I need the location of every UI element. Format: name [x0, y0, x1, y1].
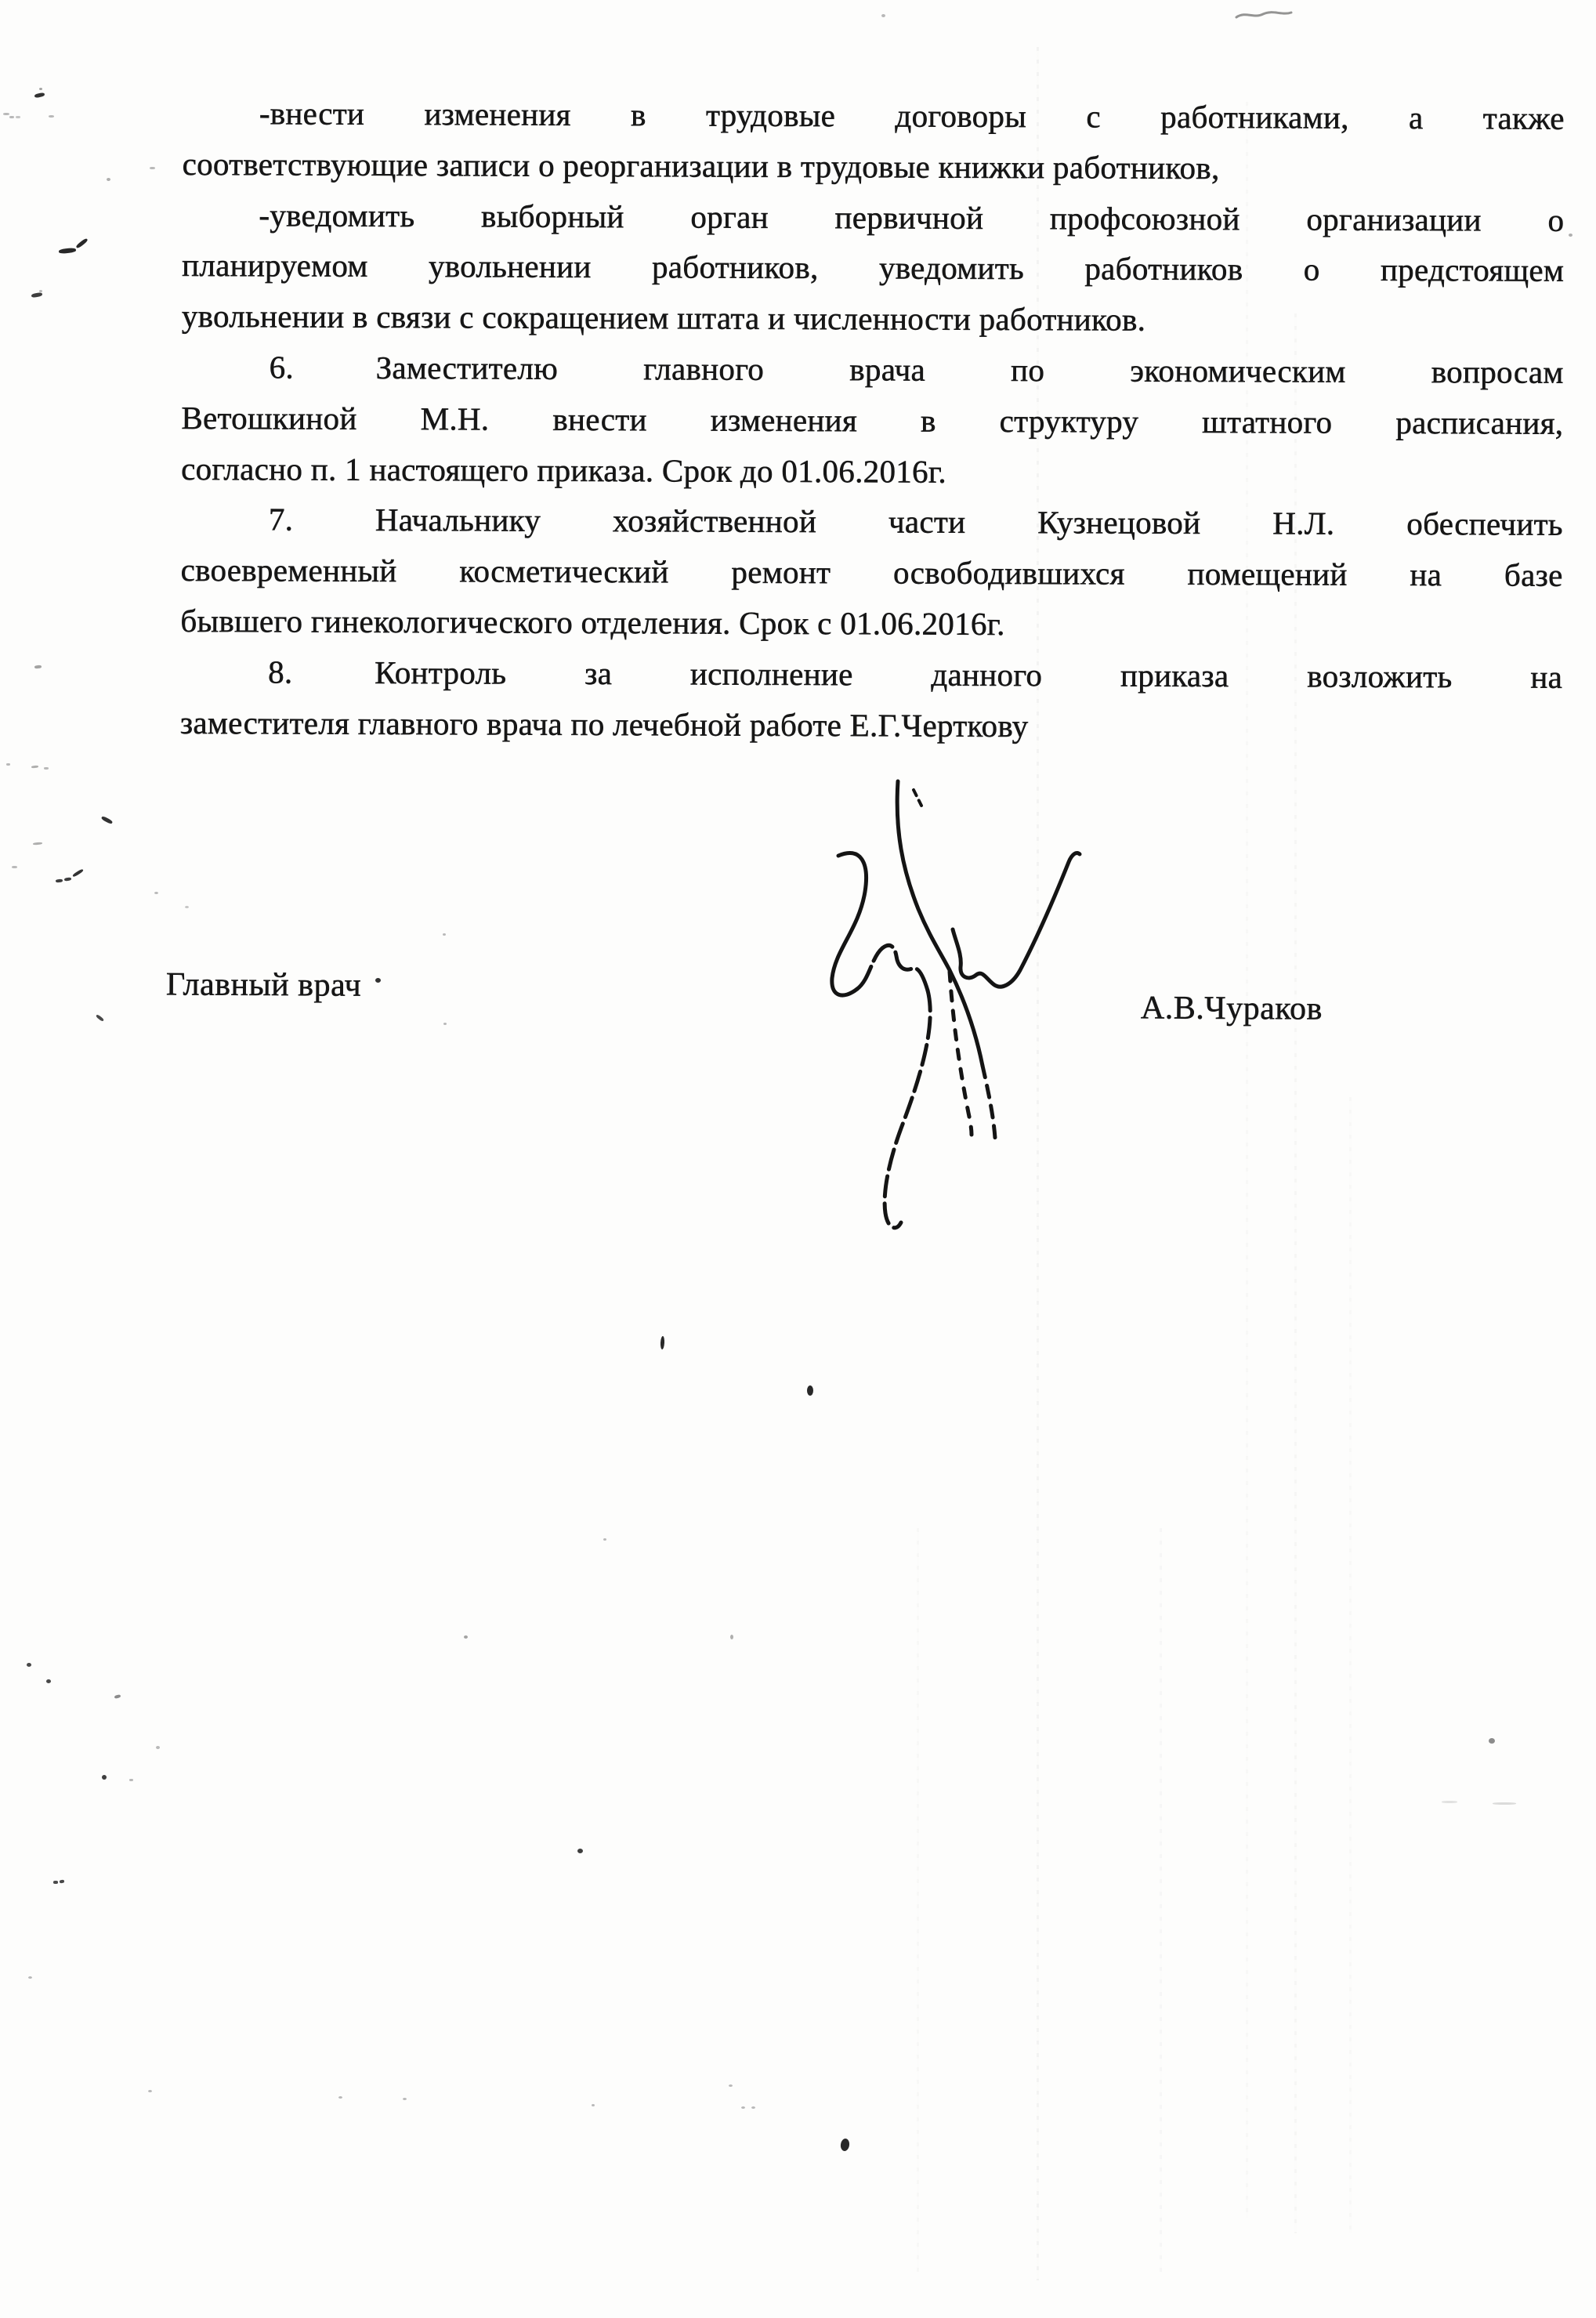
scan-speck	[1493, 1802, 1516, 1805]
scan-speck	[751, 2106, 755, 2109]
scan-speck	[129, 1779, 133, 1781]
text-line: увольнении в связи с сокращением штата и…	[182, 291, 1564, 347]
scan-speck	[403, 2098, 407, 2100]
scanned-document-page: -внести изменения в трудовые договоры с …	[0, 0, 1596, 2318]
text-line: 8.Контроль за исполнение данного приказа…	[180, 647, 1562, 703]
scan-speck	[443, 933, 446, 936]
signatory-name: А.В.Чураков	[1141, 989, 1323, 1027]
scan-speck	[150, 167, 155, 169]
scan-speck	[64, 877, 71, 881]
scan-speck	[807, 1385, 813, 1396]
scan-speck	[464, 1635, 468, 1639]
item-number: 7.	[269, 494, 375, 545]
scan-speck	[28, 1976, 32, 1979]
text-line: согласно п. 1 настоящего приказа. Срок д…	[181, 444, 1563, 500]
text-line: соответствующие записи о реорганизации в…	[183, 139, 1565, 195]
text-line: своевременный косметический ремонт освоб…	[181, 545, 1563, 601]
scan-speck	[34, 92, 45, 99]
text-line: планируемом увольнении работников, уведо…	[182, 240, 1564, 296]
text-line: -уведомить выборный орган первичной проф…	[182, 190, 1564, 246]
scan-speck	[49, 115, 54, 118]
scan-speck	[185, 906, 189, 908]
scan-speck	[156, 1746, 160, 1749]
scan-speck	[27, 1663, 31, 1667]
scan-speck	[39, 88, 42, 90]
text-line: заместителя главного врача по лечебной р…	[180, 697, 1562, 754]
scanner-streak	[1349, 1097, 1352, 2233]
scan-speck	[31, 766, 38, 769]
scan-speck	[1442, 1801, 1457, 1803]
scan-speck	[840, 2138, 850, 2151]
scan-speck	[741, 2106, 745, 2109]
scan-speck	[1569, 234, 1572, 237]
scan-speck	[59, 248, 77, 254]
scanner-streak	[917, 1528, 919, 2273]
scan-speck	[102, 1775, 107, 1780]
scan-speck	[9, 116, 14, 118]
scan-speck	[881, 14, 885, 17]
scan-speck	[16, 116, 20, 118]
scan-speck	[53, 1881, 58, 1884]
scanner-streak	[1160, 1528, 1162, 2273]
scan-speck	[3, 113, 9, 115]
scan-speck	[39, 290, 42, 292]
text-line: бывшего гинекологического отделения. Сро…	[180, 596, 1562, 652]
scan-speck	[96, 1014, 104, 1022]
scan-speck	[577, 1849, 583, 1853]
text-line: 6.Заместителю главного врача по экономич…	[182, 342, 1564, 398]
scan-speck	[1489, 1738, 1495, 1744]
text-line: 7.Начальнику хозяйственной части Кузнецо…	[181, 494, 1563, 550]
scan-speck	[31, 292, 43, 298]
order-body-text: -внести изменения в трудовые договоры с …	[180, 88, 1565, 753]
scan-speck	[72, 868, 84, 877]
scan-speck	[729, 2084, 733, 2087]
text-line: -внести изменения в трудовые договоры с …	[183, 88, 1565, 144]
scan-speck	[603, 1538, 606, 1541]
scan-speck	[75, 237, 88, 248]
scan-speck	[148, 2090, 152, 2092]
scan-speck	[154, 892, 158, 894]
scan-speck	[46, 1679, 51, 1683]
scan-speck	[114, 1694, 121, 1699]
scan-speck	[44, 767, 49, 770]
scan-speck	[34, 665, 42, 669]
scan-speck	[107, 178, 110, 181]
item-number: 6.	[270, 342, 376, 393]
scan-speck	[60, 1880, 65, 1884]
text-line: Ветошкиной М.Н. внести изменения в струк…	[181, 393, 1563, 449]
scan-speck	[101, 816, 114, 824]
scan-speck	[375, 978, 381, 983]
scan-speck	[33, 842, 42, 845]
scan-speck	[443, 1023, 447, 1025]
scan-speck	[730, 1635, 733, 1639]
scan-speck	[592, 2104, 595, 2106]
scan-speck	[660, 1336, 665, 1349]
scan-speck	[6, 763, 10, 766]
scan-speck	[338, 2096, 342, 2099]
item-number: 8.	[268, 647, 375, 697]
scan-speck	[56, 879, 63, 883]
scan-speck	[12, 866, 17, 868]
signatory-title: Главный врач	[166, 965, 361, 1004]
